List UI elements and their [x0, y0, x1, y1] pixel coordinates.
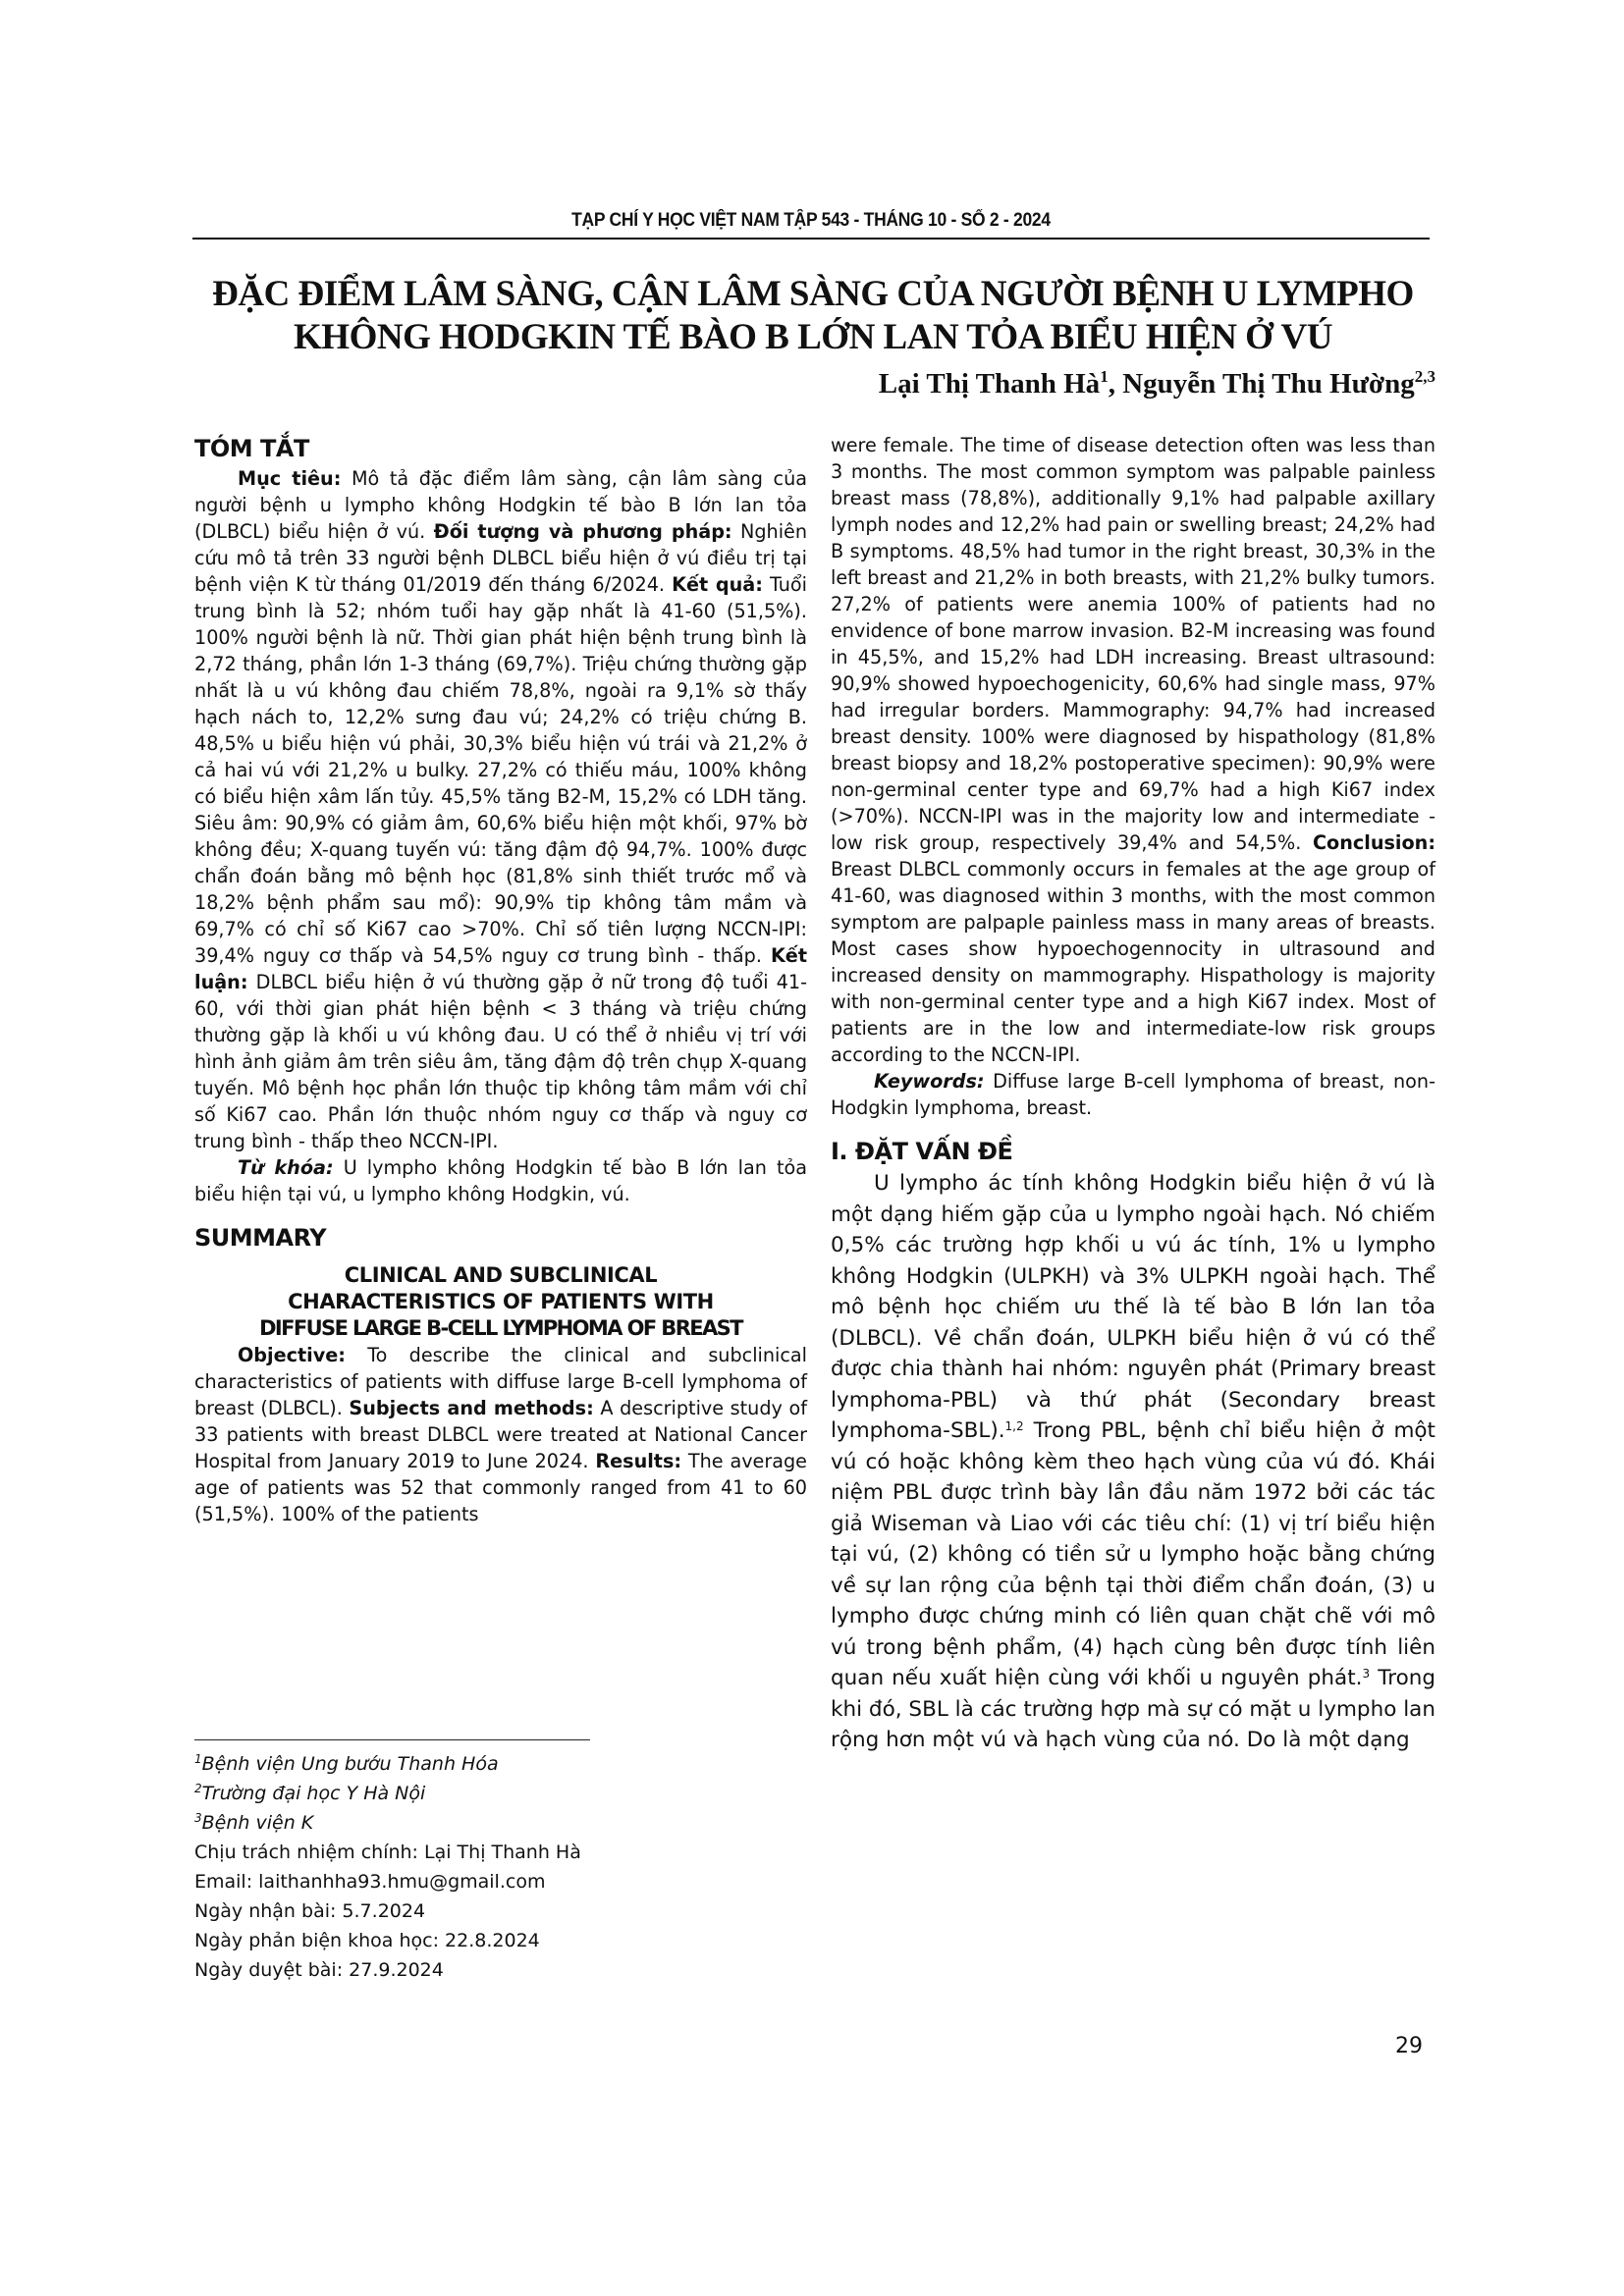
section-1-heading: I. ĐẶT VẤN ĐỀ	[831, 1135, 1435, 1168]
title-line-2: KHÔNG HODGKIN TẾ BÀO B LỚN LAN TỎA BIỂU …	[192, 316, 1434, 359]
author-name: Nguyễn Thị Thu Hường	[1122, 368, 1415, 400]
keywords-vi: Từ khóa: U lympho không Hodgkin tế bào B…	[194, 1154, 807, 1207]
abstract-en-body-continued: were female. The time of disease detecti…	[831, 432, 1435, 1068]
section-1-text-a: U lympho ác tính không Hodgkin biểu hiện…	[831, 1171, 1435, 1443]
abstract-en-body-start: Objective: To describe the clinical and …	[194, 1342, 807, 1527]
author-name: Lại Thị Thanh Hà	[879, 368, 1100, 400]
abstract-vi-body: Mục tiêu: Mô tả đặc điểm lâm sàng, cận l…	[194, 465, 807, 1154]
abstract-vi-heading: TÓM TẮT	[194, 432, 807, 465]
article-title: ĐẶC ĐIỂM LÂM SÀNG, CẬN LÂM SÀNG CỦA NGƯỜ…	[192, 273, 1434, 359]
results-text: Tuổi trung bình là 52; nhóm tuổi hay gặp…	[194, 573, 807, 967]
affiliation-text: Bệnh viện Ung bướu Thanh Hóa	[202, 1753, 499, 1775]
running-head: TẠP CHÍ Y HỌC VIỆT NAM TẬP 543 - THÁNG 1…	[242, 210, 1380, 232]
affiliation-text: Trường đại học Y Hà Nội	[202, 1783, 426, 1804]
objective-label: Mục tiêu:	[238, 467, 341, 490]
author-list: Lại Thị Thanh Hà1, Nguyễn Thị Thu Hường2…	[879, 368, 1435, 400]
keywords-en-label: Keywords:	[874, 1070, 985, 1093]
section-1-text-b: Trong PBL, bệnh chỉ biểu hiện ở một vú c…	[831, 1418, 1435, 1690]
results-en-text-right: were female. The time of disease detecti…	[831, 434, 1435, 854]
right-column: were female. The time of disease detecti…	[831, 432, 1435, 1756]
section-1-paragraph: U lympho ác tính không Hodgkin biểu hiện…	[831, 1168, 1435, 1756]
methods-label: Đối tượng và phương pháp:	[434, 520, 732, 543]
corresponding-author: Chịu trách nhiệm chính: Lại Thị Thanh Hà	[194, 1838, 807, 1867]
affiliation-1: 1Bệnh viện Ung bướu Thanh Hóa	[194, 1749, 807, 1779]
methods-en-label: Subjects and methods:	[349, 1397, 593, 1419]
conclusion-text: DLBCL biểu hiện ở vú thường gặp ở nữ tro…	[194, 971, 807, 1152]
results-label: Kết quả:	[672, 573, 763, 596]
left-column: TÓM TẮT Mục tiêu: Mô tả đặc điểm lâm sàn…	[194, 432, 807, 1527]
affiliation-text: Bệnh viện K	[202, 1812, 314, 1834]
affiliation-number: 3	[194, 1811, 202, 1825]
conclusion-en-text: Breast DLBCL commonly occurs in females …	[831, 858, 1435, 1066]
footnotes: 1Bệnh viện Ung bướu Thanh Hóa 2Trường đạ…	[194, 1749, 807, 1985]
footnote-rule	[194, 1739, 590, 1740]
affiliation-3: 3Bệnh viện K	[194, 1808, 807, 1838]
affiliation-number: 1	[194, 1752, 202, 1766]
citation-ref[interactable]: 1,2	[1005, 1419, 1024, 1433]
conclusion-en-label: Conclusion:	[1313, 831, 1435, 854]
title-line-1: ĐẶC ĐIỂM LÂM SÀNG, CẬN LÂM SÀNG CỦA NGƯỜ…	[192, 273, 1434, 316]
keywords-en: Keywords: Diffuse large B-cell lymphoma …	[831, 1068, 1435, 1121]
author-separator: ,	[1109, 368, 1123, 400]
citation-ref[interactable]: 3	[1362, 1667, 1370, 1681]
affiliation-2: 2Trường đại học Y Hà Nội	[194, 1779, 807, 1808]
summary-title-line-1: CLINICAL AND SUBCLINICAL	[194, 1262, 807, 1289]
author-affiliation: 1	[1100, 367, 1109, 386]
affiliation-number: 2	[194, 1782, 202, 1795]
date-accepted: Ngày duyệt bài: 27.9.2024	[194, 1955, 807, 1985]
summary-title-line-2: CHARACTERISTICS OF PATIENTS WITH	[194, 1289, 807, 1315]
summary-heading: SUMMARY	[194, 1221, 807, 1255]
objective-en-label: Objective:	[238, 1344, 346, 1366]
author-affiliation: 2,3	[1415, 367, 1435, 386]
date-reviewed: Ngày phản biện khoa học: 22.8.2024	[194, 1926, 807, 1955]
keywords-vi-label: Từ khóa:	[238, 1156, 334, 1179]
corresponding-email[interactable]: Email: laithanhha93.hmu@gmail.com	[194, 1867, 807, 1896]
summary-title-line-3: DIFFUSE LARGE B-CELL LYMPHOMA OF BREAST	[194, 1315, 807, 1342]
results-en-label: Results:	[595, 1450, 681, 1472]
page-number: 29	[1395, 2034, 1423, 2058]
header-rule	[192, 238, 1430, 240]
date-received: Ngày nhận bài: 5.7.2024	[194, 1896, 807, 1926]
